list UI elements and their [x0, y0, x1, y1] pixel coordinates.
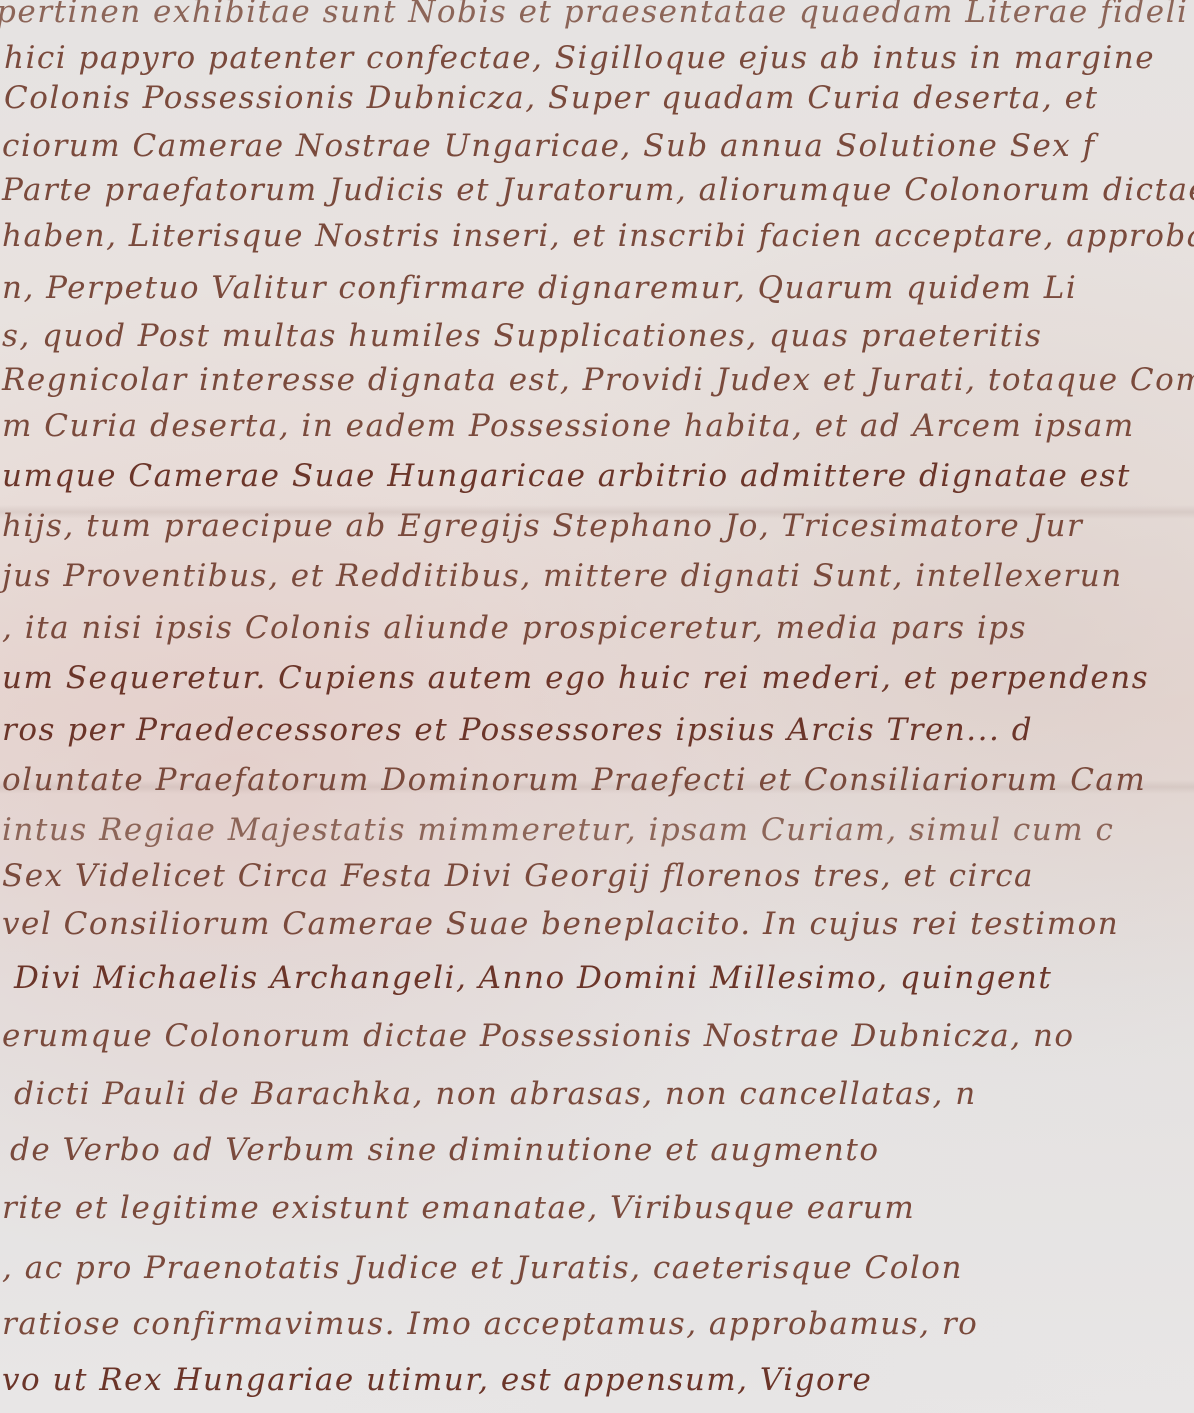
manuscript-line: haben, Literisque Nostris inseri, et ins… [2, 218, 1194, 254]
manuscript-line: umque Camerae Suae Hungaricae arbitrio a… [2, 458, 1131, 494]
manuscript-line: de Verbo ad Verbum sine diminutione et a… [10, 1132, 880, 1168]
manuscript-line: hici papyro patenter confectae, Sigilloq… [4, 40, 1155, 76]
manuscript-line: Regnicolar interesse dignata est, Provid… [2, 362, 1194, 398]
manuscript-line: n, Perpetuo Valitur confirmare dignaremu… [2, 270, 1077, 306]
manuscript-line: ros per Praedecessores et Possessores ip… [2, 712, 1033, 748]
manuscript-line: s, quod Post multas humiles Supplication… [2, 318, 1042, 354]
manuscript-line: oluntate Praefatorum Dominorum Praefecti… [2, 762, 1146, 798]
manuscript-line: erumque Colonorum dictae Possessionis No… [2, 1018, 1075, 1054]
manuscript-line: , ac pro Praenotatis Judice et Juratis, … [2, 1250, 963, 1286]
manuscript-line: ratiose confirmavimus. Imo acceptamus, a… [2, 1306, 978, 1342]
manuscript-line: Divi Michaelis Archangeli, Anno Domini M… [14, 960, 1052, 996]
manuscript-line: m Curia deserta, in eadem Possessione ha… [2, 408, 1135, 444]
manuscript-line: dicti Pauli de Barachka, non abrasas, no… [14, 1076, 977, 1112]
manuscript-line: um Sequeretur. Cupiens autem ego huic re… [2, 660, 1149, 696]
manuscript-line: jus Proventibus, et Redditibus, mittere … [2, 558, 1123, 594]
manuscript-line: rite et legitime existunt emanatae, Viri… [2, 1190, 915, 1226]
manuscript-line: Parte praefatorum Judicis et Juratorum, … [2, 172, 1194, 208]
manuscript-line: vo ut Rex Hungariae utimur, est appensum… [2, 1362, 872, 1398]
manuscript-line: , ita nisi ipsis Colonis aliunde prospic… [2, 610, 1027, 646]
manuscript-page: pertinen exhibitae sunt Nobis et praesen… [0, 0, 1194, 1413]
manuscript-line: pertinen exhibitae sunt Nobis et praesen… [0, 0, 1194, 30]
manuscript-line: intus Regiae Majestatis mimmeretur, ipsa… [2, 812, 1114, 848]
manuscript-line: vel Consiliorum Camerae Suae beneplacito… [2, 906, 1119, 942]
manuscript-line: ciorum Camerae Nostrae Ungaricae, Sub an… [2, 128, 1096, 164]
manuscript-line: Sex Videlicet Circa Festa Divi Georgij f… [2, 858, 1034, 894]
manuscript-line: Colonis Possessionis Dubnicza, Super qua… [4, 80, 1098, 116]
manuscript-line: hijs, tum praecipue ab Egregijs Stephano… [2, 508, 1083, 544]
